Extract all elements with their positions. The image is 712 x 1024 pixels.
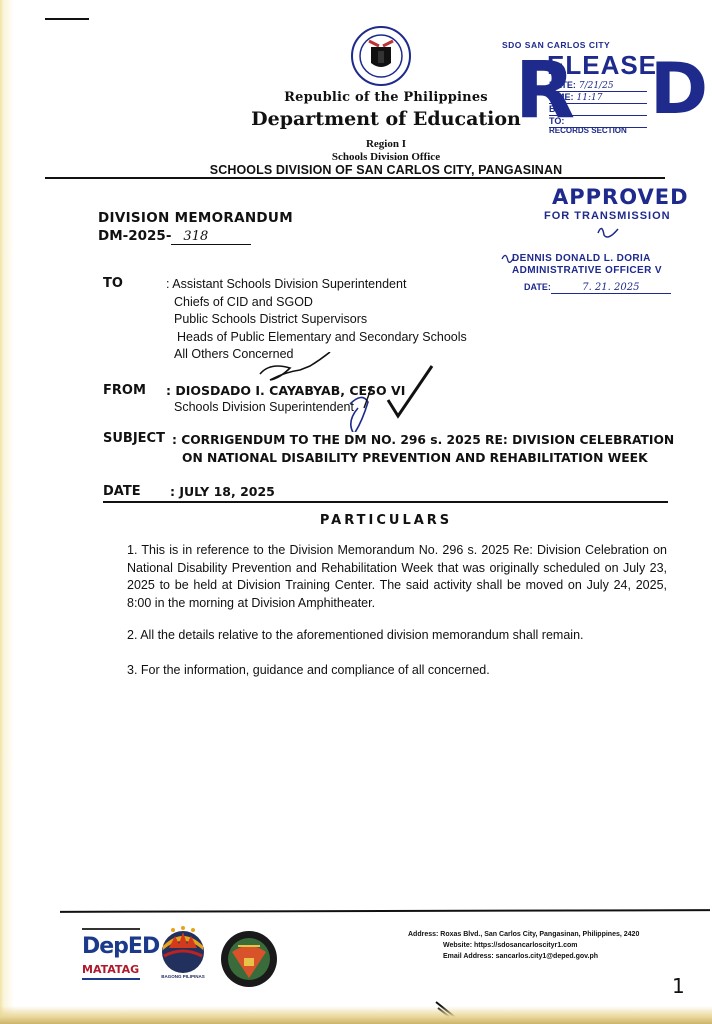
paragraph-2: 2. All the details relative to the afore… xyxy=(127,627,667,645)
released-by-field: BY: xyxy=(549,104,647,116)
approved-position: ADMINISTRATIVE OFFICER V xyxy=(512,265,662,276)
footer-website: Website: https://sdosancarloscityr1.com xyxy=(408,940,639,951)
approved-stamp: APPROVED FOR TRANSMISSION DENNIS DONALD … xyxy=(500,185,700,300)
date-divider xyxy=(103,501,668,503)
deped-seal-icon xyxy=(350,25,412,87)
subject-text: : CORRIGENDUM TO THE DM NO. 296 s. 2025 … xyxy=(172,431,674,467)
page-number: 1 xyxy=(672,974,685,998)
to-label: TO xyxy=(103,276,123,291)
deped-matatag-logo: DepED MATATAG xyxy=(82,926,148,986)
particulars-heading: PARTICULARS xyxy=(0,513,712,528)
released-stamp-word: ELEASE xyxy=(547,50,657,81)
header-division: SCHOOLS DIVISION OF SAN CARLOS CITY, PAN… xyxy=(0,163,712,177)
paragraph-1: 1. This is in reference to the Division … xyxy=(127,542,667,612)
bagong-pilipinas-logo: BAGONG PILIPINAS xyxy=(155,926,211,982)
approved-title: APPROVED xyxy=(552,185,689,209)
approved-date: DATE:7. 21. 2025 xyxy=(524,282,671,294)
subject-label: SUBJECT xyxy=(103,431,165,446)
memo-number-handwritten: 318 xyxy=(171,229,251,245)
recipient-item: : Assistant Schools Division Superintend… xyxy=(166,276,467,294)
footer-contact: Address: Roxas Blvd., San Carlos City, P… xyxy=(408,929,639,962)
to-recipients: : Assistant Schools Division Superintend… xyxy=(166,276,467,364)
recipient-item: Heads of Public Elementary and Secondary… xyxy=(166,329,467,347)
memo-page: Republic of the Philippines Department o… xyxy=(0,0,712,1024)
superintendent-signature-icon xyxy=(240,352,440,432)
footer-address: Address: Roxas Blvd., San Carlos City, P… xyxy=(408,929,639,940)
released-time-field: TIME:11:17 xyxy=(549,92,647,104)
released-stamp-section: RECORDS SECTION xyxy=(549,126,627,135)
footer-divider xyxy=(60,909,710,913)
date-label: DATE xyxy=(103,484,141,499)
page-edge-stain xyxy=(0,1006,712,1024)
approved-name: DENNIS DONALD L. DORIA xyxy=(512,253,651,264)
memo-number: DM-2025-318 xyxy=(98,228,251,245)
date-value: : JULY 18, 2025 xyxy=(170,484,275,499)
released-date-field: DATE:7/21/25 xyxy=(549,80,647,92)
corner-mark xyxy=(45,18,89,20)
recipient-item: Chiefs of CID and SGOD xyxy=(166,294,467,312)
from-label: FROM xyxy=(103,383,146,398)
header-office: Schools Division Office xyxy=(0,151,712,163)
header-region: Region I xyxy=(0,138,712,150)
sdo-san-carlos-seal xyxy=(220,930,278,988)
recipient-item: Public Schools District Supervisors xyxy=(166,311,467,329)
paragraph-3: 3. For the information, guidance and com… xyxy=(127,662,667,680)
released-stamp-d: D xyxy=(650,54,708,124)
header-divider xyxy=(45,177,665,179)
approved-subtitle: FOR TRANSMISSION xyxy=(544,210,671,222)
footer-email: Email Address: sancarlos.city1@deped.gov… xyxy=(408,951,639,962)
released-stamp: SDO SAN CARLOS CITY R ELEASE D DATE:7/21… xyxy=(497,36,697,136)
memo-type: DIVISION MEMORANDUM xyxy=(98,210,293,226)
